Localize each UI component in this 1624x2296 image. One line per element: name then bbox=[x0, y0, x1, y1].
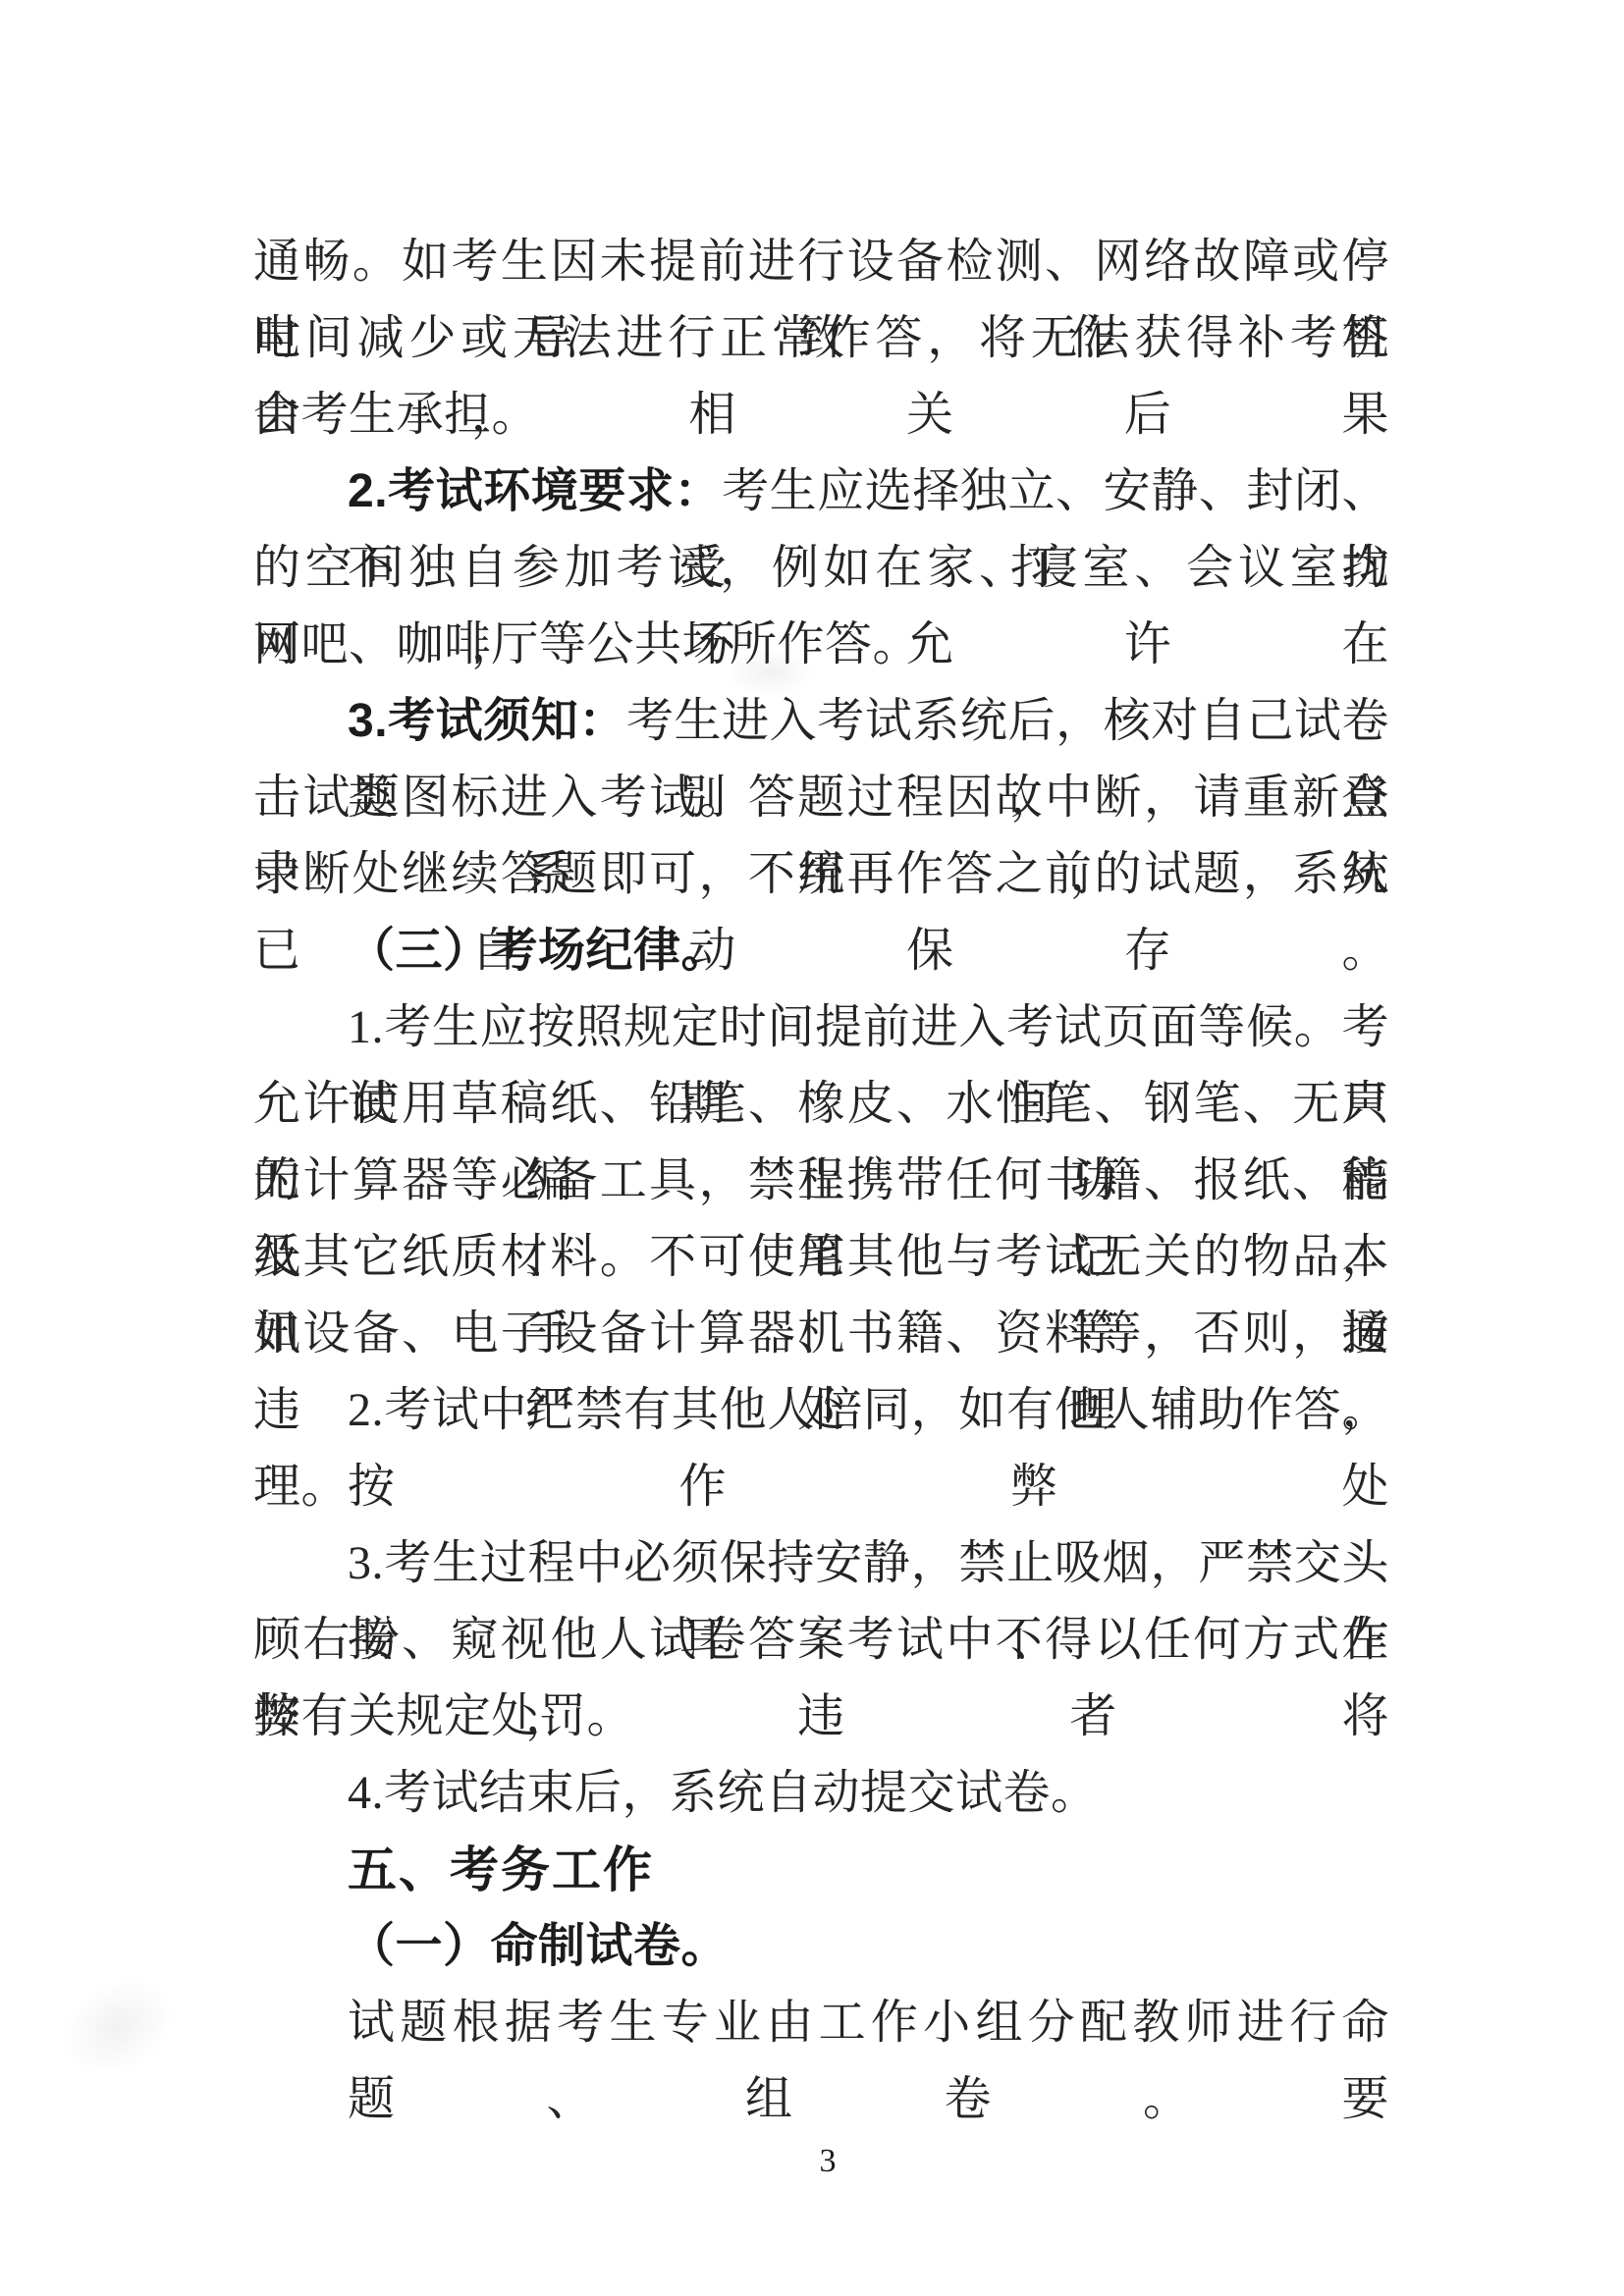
text-line: 3.考试须知：考生进入考试系统后，核对自己试卷类别，点 bbox=[253, 683, 1389, 760]
text-line: （一）命制试卷。 bbox=[253, 1908, 1389, 1985]
text-line: 允许使用草稿纸、铅笔、橡皮、水性笔、钢笔、无声无编程功能 bbox=[253, 1066, 1389, 1143]
body-text: 4.考试结束后，系统自动提交试卷。 bbox=[348, 1767, 1099, 1819]
bold-text: （三）考场纪律。 bbox=[348, 925, 729, 977]
bold-text: 2.考试环境要求： bbox=[348, 465, 722, 517]
text-line: 击试题图标进入考试。答题过程因故中断，请重新登录系统，从 bbox=[253, 760, 1389, 836]
document-body: 通畅。如考生因未提前进行设备检测、网络故障或停电导致作答时间减少或无法进行正常作… bbox=[253, 224, 1389, 2061]
body-text: 2.考试中严禁有其他人陪同，如有他人辅助作答，按作弊处 bbox=[348, 1384, 1389, 1513]
text-line: 1.考生应按照规定时间提前进入考试页面等候。考试期间只 bbox=[253, 989, 1389, 1066]
body-text: 由考生承担。 bbox=[253, 389, 539, 441]
body-text: 理。 bbox=[253, 1461, 349, 1513]
text-line: 3.考生过程中必须保持安静，禁止吸烟，严禁交头接耳、左 bbox=[253, 1525, 1389, 1602]
text-line: 的计算器等必备工具，禁止携带任何书籍、报纸、稿纸、笔记本 bbox=[253, 1143, 1389, 1219]
bold-text: 五、考务工作 bbox=[348, 1842, 654, 1897]
text-line: 通畅。如考生因未提前进行设备检测、网络故障或停电导致作答 bbox=[253, 224, 1389, 300]
text-line: 顾右盼、窥视他人试卷答案考试中不得以任何方式作弊，违者将 bbox=[253, 1602, 1389, 1679]
text-line: 时间减少或无法进行正常作答，将无法获得补考机会，相关后果 bbox=[253, 300, 1389, 377]
page-number: 3 bbox=[16, 2142, 1624, 2181]
text-line: 中断处继续答题即可，不用再作答之前的试题，系统已自动保存。 bbox=[253, 836, 1389, 913]
body-text: 试题根据考生专业由工作小组分配教师进行命题、组卷。要 bbox=[348, 1997, 1389, 2125]
document-page: 通畅。如考生因未提前进行设备检测、网络故障或停电导致作答时间减少或无法进行正常作… bbox=[0, 0, 1624, 2296]
body-text: 按有关规定处罚。 bbox=[253, 1690, 634, 1742]
text-line: 2.考试环境要求：考生应选择独立、安静、封闭、不受打扰 bbox=[253, 454, 1389, 530]
text-line: 讯设备、电子设备计算器、书籍、资料等，否则，按违纪处理。 bbox=[253, 1296, 1389, 1372]
text-line: 4.考试结束后，系统自动提交试卷。 bbox=[253, 1755, 1389, 1832]
scan-smudge bbox=[45, 1959, 191, 2095]
bold-text: （一）命制试卷。 bbox=[348, 1920, 729, 1972]
body-text: 网吧、咖啡厅等公共场所作答。 bbox=[253, 618, 920, 670]
section-heading: 五、考务工作 bbox=[253, 1832, 1389, 1908]
text-line: 的空间独自参加考试，例如在家、寝室、会议室均可，不允许在 bbox=[253, 530, 1389, 607]
text-line: 试题根据考生专业由工作小组分配教师进行命题、组卷。要 bbox=[253, 1985, 1389, 2061]
text-line: 及其它纸质材料。不可使用其他与考试无关的物品，如手机等通 bbox=[253, 1219, 1389, 1296]
bold-text: 3.考试须知： bbox=[348, 695, 626, 747]
text-line: 2.考试中严禁有其他人陪同，如有他人辅助作答，按作弊处 bbox=[253, 1372, 1389, 1449]
